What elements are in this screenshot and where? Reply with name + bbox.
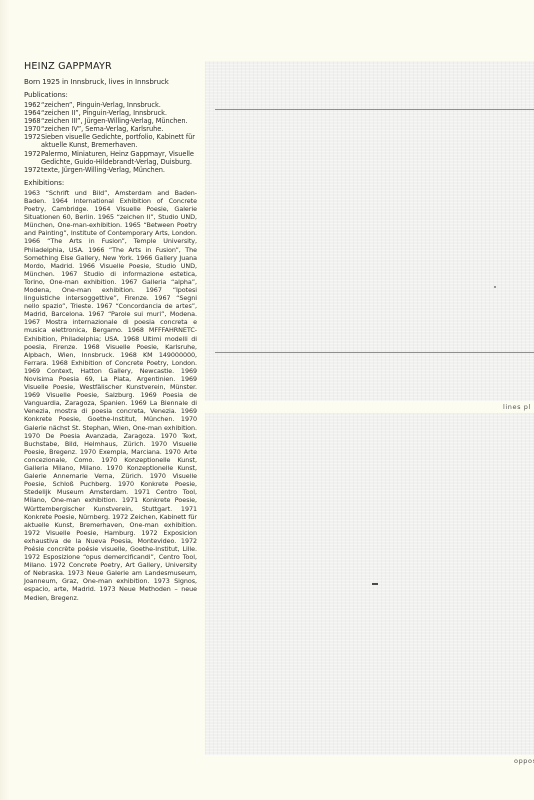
publication-item: 1968“zeichen III”, Jürgen-Willing-Verlag…	[24, 117, 197, 125]
publication-year: 1962	[24, 101, 41, 109]
publication-item: 1964“zeichen II”, Pinguin-Verlag, Innsbr…	[24, 109, 197, 117]
publication-text: texte, Jürgen-Willing-Verlag, München.	[41, 166, 197, 174]
publication-text: “zeichen III”, Jürgen-Willing-Verlag, Mü…	[41, 117, 197, 125]
horizontal-line-lower	[215, 352, 534, 353]
publication-text: “zeichen IV”, Sema-Verlag, Karlsruhe.	[41, 125, 197, 133]
point-mark	[494, 286, 496, 288]
publication-text: “zeichen II”, Pinguin-Verlag, Innsbruck.	[41, 109, 197, 117]
page-gutter	[0, 0, 10, 800]
publication-text: Palermo, Miniaturen, Heinz Gappmayr, Vis…	[41, 150, 197, 166]
publication-item: 1962“zeichen”, Pinguin-Verlag, Innsbruck…	[24, 101, 197, 109]
publications-heading: Publications:	[24, 91, 197, 100]
publication-year: 1972	[24, 150, 41, 166]
publication-text: Sieben visuelle Gedichte, portfolio, Ka­…	[41, 133, 197, 149]
exhibitions-heading: Exhibitions:	[24, 179, 197, 188]
artwork-caption-bottom: oppos	[514, 757, 534, 765]
artist-name: HEINZ GAPPMAYR	[24, 61, 197, 73]
publication-year: 1968	[24, 117, 41, 125]
publication-year: 1970	[24, 125, 41, 133]
artwork-caption-top: lines pl	[503, 403, 531, 411]
publication-text: “zeichen”, Pinguin-Verlag, Innsbruck.	[41, 101, 197, 109]
publication-year: 1972	[24, 166, 41, 174]
publications-list: 1962“zeichen”, Pinguin-Verlag, Innsbruck…	[24, 101, 197, 174]
publication-year: 1964	[24, 109, 41, 117]
artwork-panel-bottom	[205, 413, 534, 755]
dash-mark	[372, 583, 378, 585]
birth-info: Born 1925 in Innsbruck, lives in Innsbru…	[24, 78, 197, 87]
publication-item: 1972texte, Jürgen-Willing-Verlag, Münche…	[24, 166, 197, 174]
horizontal-line-upper	[215, 109, 534, 110]
exhibitions-text: 1963 “Schrift und Bild”, Amsterdam and B…	[24, 189, 197, 602]
publication-year: 1972	[24, 133, 41, 149]
publication-item: 1972Sieben visuelle Gedichte, portfolio,…	[24, 133, 197, 149]
artist-biography: HEINZ GAPPMAYR Born 1925 in Innsbruck, l…	[24, 61, 197, 602]
publication-item: 1972Palermo, Miniaturen, Heinz Gappmayr,…	[24, 150, 197, 166]
publication-item: 1970“zeichen IV”, Sema-Verlag, Karlsruhe…	[24, 125, 197, 133]
artwork-panel-top	[205, 61, 534, 401]
